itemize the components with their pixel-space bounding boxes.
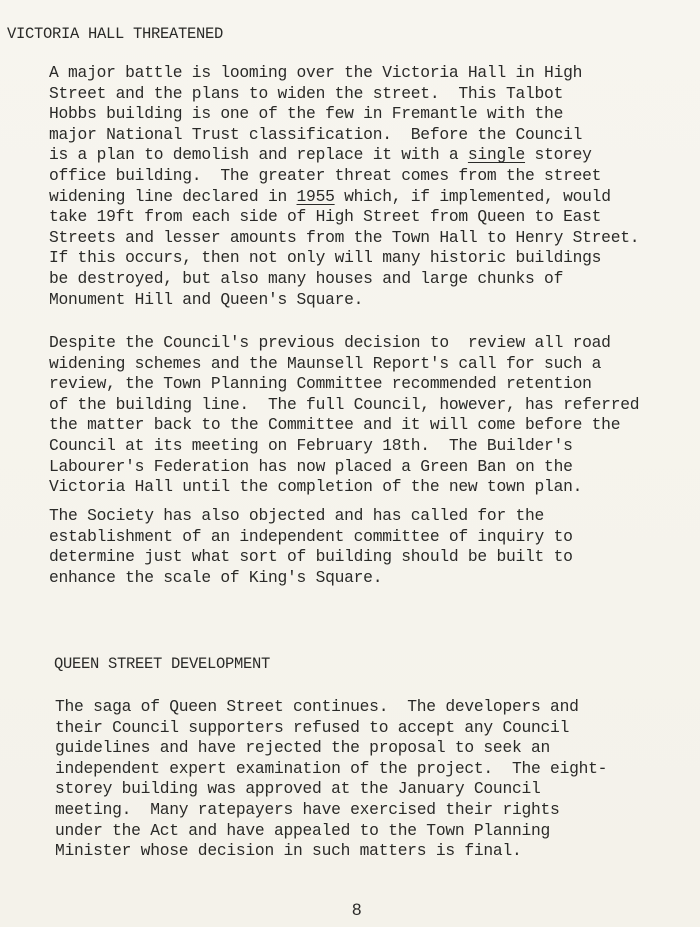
text-line: The Society has also objected and has ca…: [49, 506, 573, 527]
text-line: Hobbs building is one of the few in Frem…: [49, 104, 639, 125]
text-line: Victoria Hall until the completion of th…: [49, 477, 639, 498]
text-line: Street and the plans to widen the street…: [49, 84, 639, 105]
text-line: widening line declared in 1955 which, if…: [49, 187, 639, 208]
page-number: 8: [352, 900, 361, 920]
paragraph-victoria-hall-3: The Society has also objected and has ca…: [49, 506, 573, 588]
text-line: of the building line. The full Council, …: [49, 395, 639, 416]
text-line: A major battle is looming over the Victo…: [49, 63, 639, 84]
text-line: The saga of Queen Street continues. The …: [55, 697, 607, 718]
text-line: enhance the scale of King's Square.: [49, 568, 573, 589]
text-line: the matter back to the Committee and it …: [49, 415, 639, 436]
text-line: independent expert examination of the pr…: [55, 759, 607, 780]
text-line: review, the Town Planning Committee reco…: [49, 374, 639, 395]
text-line: Council at its meeting on February 18th.…: [49, 436, 639, 457]
text-line: determine just what sort of building sho…: [49, 547, 573, 568]
text-line: take 19ft from each side of High Street …: [49, 207, 639, 228]
text-line: meeting. Many ratepayers have exercised …: [55, 800, 607, 821]
underlined-text: single: [468, 145, 525, 164]
text-line: Despite the Council's previous decision …: [49, 333, 639, 354]
text-line: Labourer's Federation has now placed a G…: [49, 457, 639, 478]
text-line: Minister whose decision in such matters …: [55, 841, 607, 862]
text-line: Monument Hill and Queen's Square.: [49, 290, 639, 311]
section-heading-queen-street: QUEEN STREET DEVELOPMENT: [54, 655, 270, 673]
paragraph-victoria-hall-1: A major battle is looming over the Victo…: [49, 63, 639, 310]
paragraph-victoria-hall-2: Despite the Council's previous decision …: [49, 333, 639, 498]
text-line: their Council supporters refused to acce…: [55, 718, 607, 739]
section-heading-victoria-hall: VICTORIA HALL THREATENED: [7, 25, 223, 43]
text-line: office building. The greater threat come…: [49, 166, 639, 187]
underlined-text: 1955: [297, 187, 335, 206]
text-line: is a plan to demolish and replace it wit…: [49, 145, 639, 166]
text-line: storey building was approved at the Janu…: [55, 779, 607, 800]
document-page: VICTORIA HALL THREATENED A major battle …: [0, 0, 700, 927]
text-line: be destroyed, but also many houses and l…: [49, 269, 639, 290]
text-line: Streets and lesser amounts from the Town…: [49, 228, 639, 249]
text-line: under the Act and have appealed to the T…: [55, 821, 607, 842]
text-line: guidelines and have rejected the proposa…: [55, 738, 607, 759]
text-line: If this occurs, then not only will many …: [49, 248, 639, 269]
text-line: widening schemes and the Maunsell Report…: [49, 354, 639, 375]
text-line: major National Trust classification. Bef…: [49, 125, 639, 146]
text-line: establishment of an independent committe…: [49, 527, 573, 548]
paragraph-queen-street-1: The saga of Queen Street continues. The …: [55, 697, 607, 862]
